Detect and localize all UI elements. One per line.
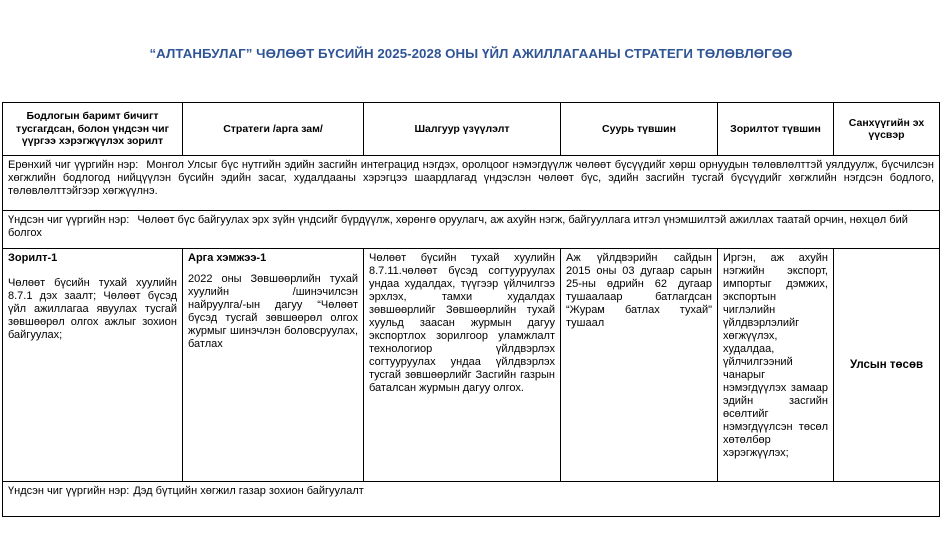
strategy-title: Арга хэмжээ-1 [188, 252, 358, 265]
table-header-row: Бодлогын баримт бичигт тусгагдсан, болон… [3, 103, 940, 156]
core-function-text-2: Дэд бүтцийн хөгжил газар зохион байгуула… [133, 485, 363, 497]
strategy-table: Бодлогын баримт бичигт тусгагдсан, болон… [2, 102, 940, 517]
page-title: “АЛТАНБУЛАГ” ЧӨЛӨӨТ БҮСИЙН 2025-2028 ОНЫ… [0, 46, 942, 61]
funding-cell: Улсын төсөв [834, 249, 940, 482]
core-function-label: Үндсэн чиг үүргийн нэр: [8, 214, 129, 226]
target-cell: Иргэн, аж ахуйн нэгжийн экспорт, импорты… [718, 249, 834, 482]
header-target: Зорилтот түвшин [718, 103, 834, 156]
core-function-text: Чөлөөт бүс байгуулах эрх зүйн үндсийг бү… [8, 214, 908, 239]
core-function-row: Үндсэн чиг үүргийн нэр:Чөлөөт бүс байгуу… [3, 211, 940, 249]
indicator-cell: Чөлөөт бүсийн тухай хуулийн 8.7.11.чөлөө… [364, 249, 561, 482]
header-objective: Бодлогын баримт бичигт тусгагдсан, болон… [3, 103, 183, 156]
header-strategy: Стратеги /арга зам/ [183, 103, 364, 156]
core-function-cell: Үндсэн чиг үүргийн нэр:Чөлөөт бүс байгуу… [3, 211, 940, 249]
objective-cell: Зорилт-1 Чөлөөт бүсийн тухай хуулийн 8.7… [3, 249, 183, 482]
core-function-cell-2: Үндсэн чиг үүргийн нэр:Дэд бүтцийн хөгжи… [3, 482, 940, 517]
objective-title: Зорилт-1 [8, 252, 177, 265]
header-indicator: Шалгуур үзүүлэлт [364, 103, 561, 156]
core-function-label-2: Үндсэн чиг үүргийн нэр: [8, 485, 129, 497]
strategy-text: 2022 оны Зөвшөөрлийн тухай хуулийн /шинэ… [188, 273, 358, 351]
objective-text: Чөлөөт бүсийн тухай хуулийн 8.7.1 дэх за… [8, 277, 177, 342]
baseline-cell: Аж үйлдвэрийн сайдын 2015 оны 03 дугаар … [561, 249, 718, 482]
header-funding: Санхүүгийн эх үүсвэр [834, 103, 940, 156]
general-function-label: Ерөнхий чиг үүргийн нэр: [8, 159, 138, 171]
general-function-text: Монгол Улсыг бүс нутгийн эдийн засгийн и… [8, 159, 934, 197]
general-function-cell: Ерөнхий чиг үүргийн нэр:Монгол Улсыг бүс… [3, 156, 940, 211]
general-function-row: Ерөнхий чиг үүргийн нэр:Монгол Улсыг бүс… [3, 156, 940, 211]
core-function-row-2: Үндсэн чиг үүргийн нэр:Дэд бүтцийн хөгжи… [3, 482, 940, 517]
table-row: Зорилт-1 Чөлөөт бүсийн тухай хуулийн 8.7… [3, 249, 940, 482]
header-baseline: Суурь түвшин [561, 103, 718, 156]
strategy-cell: Арга хэмжээ-1 2022 оны Зөвшөөрлийн тухай… [183, 249, 364, 482]
